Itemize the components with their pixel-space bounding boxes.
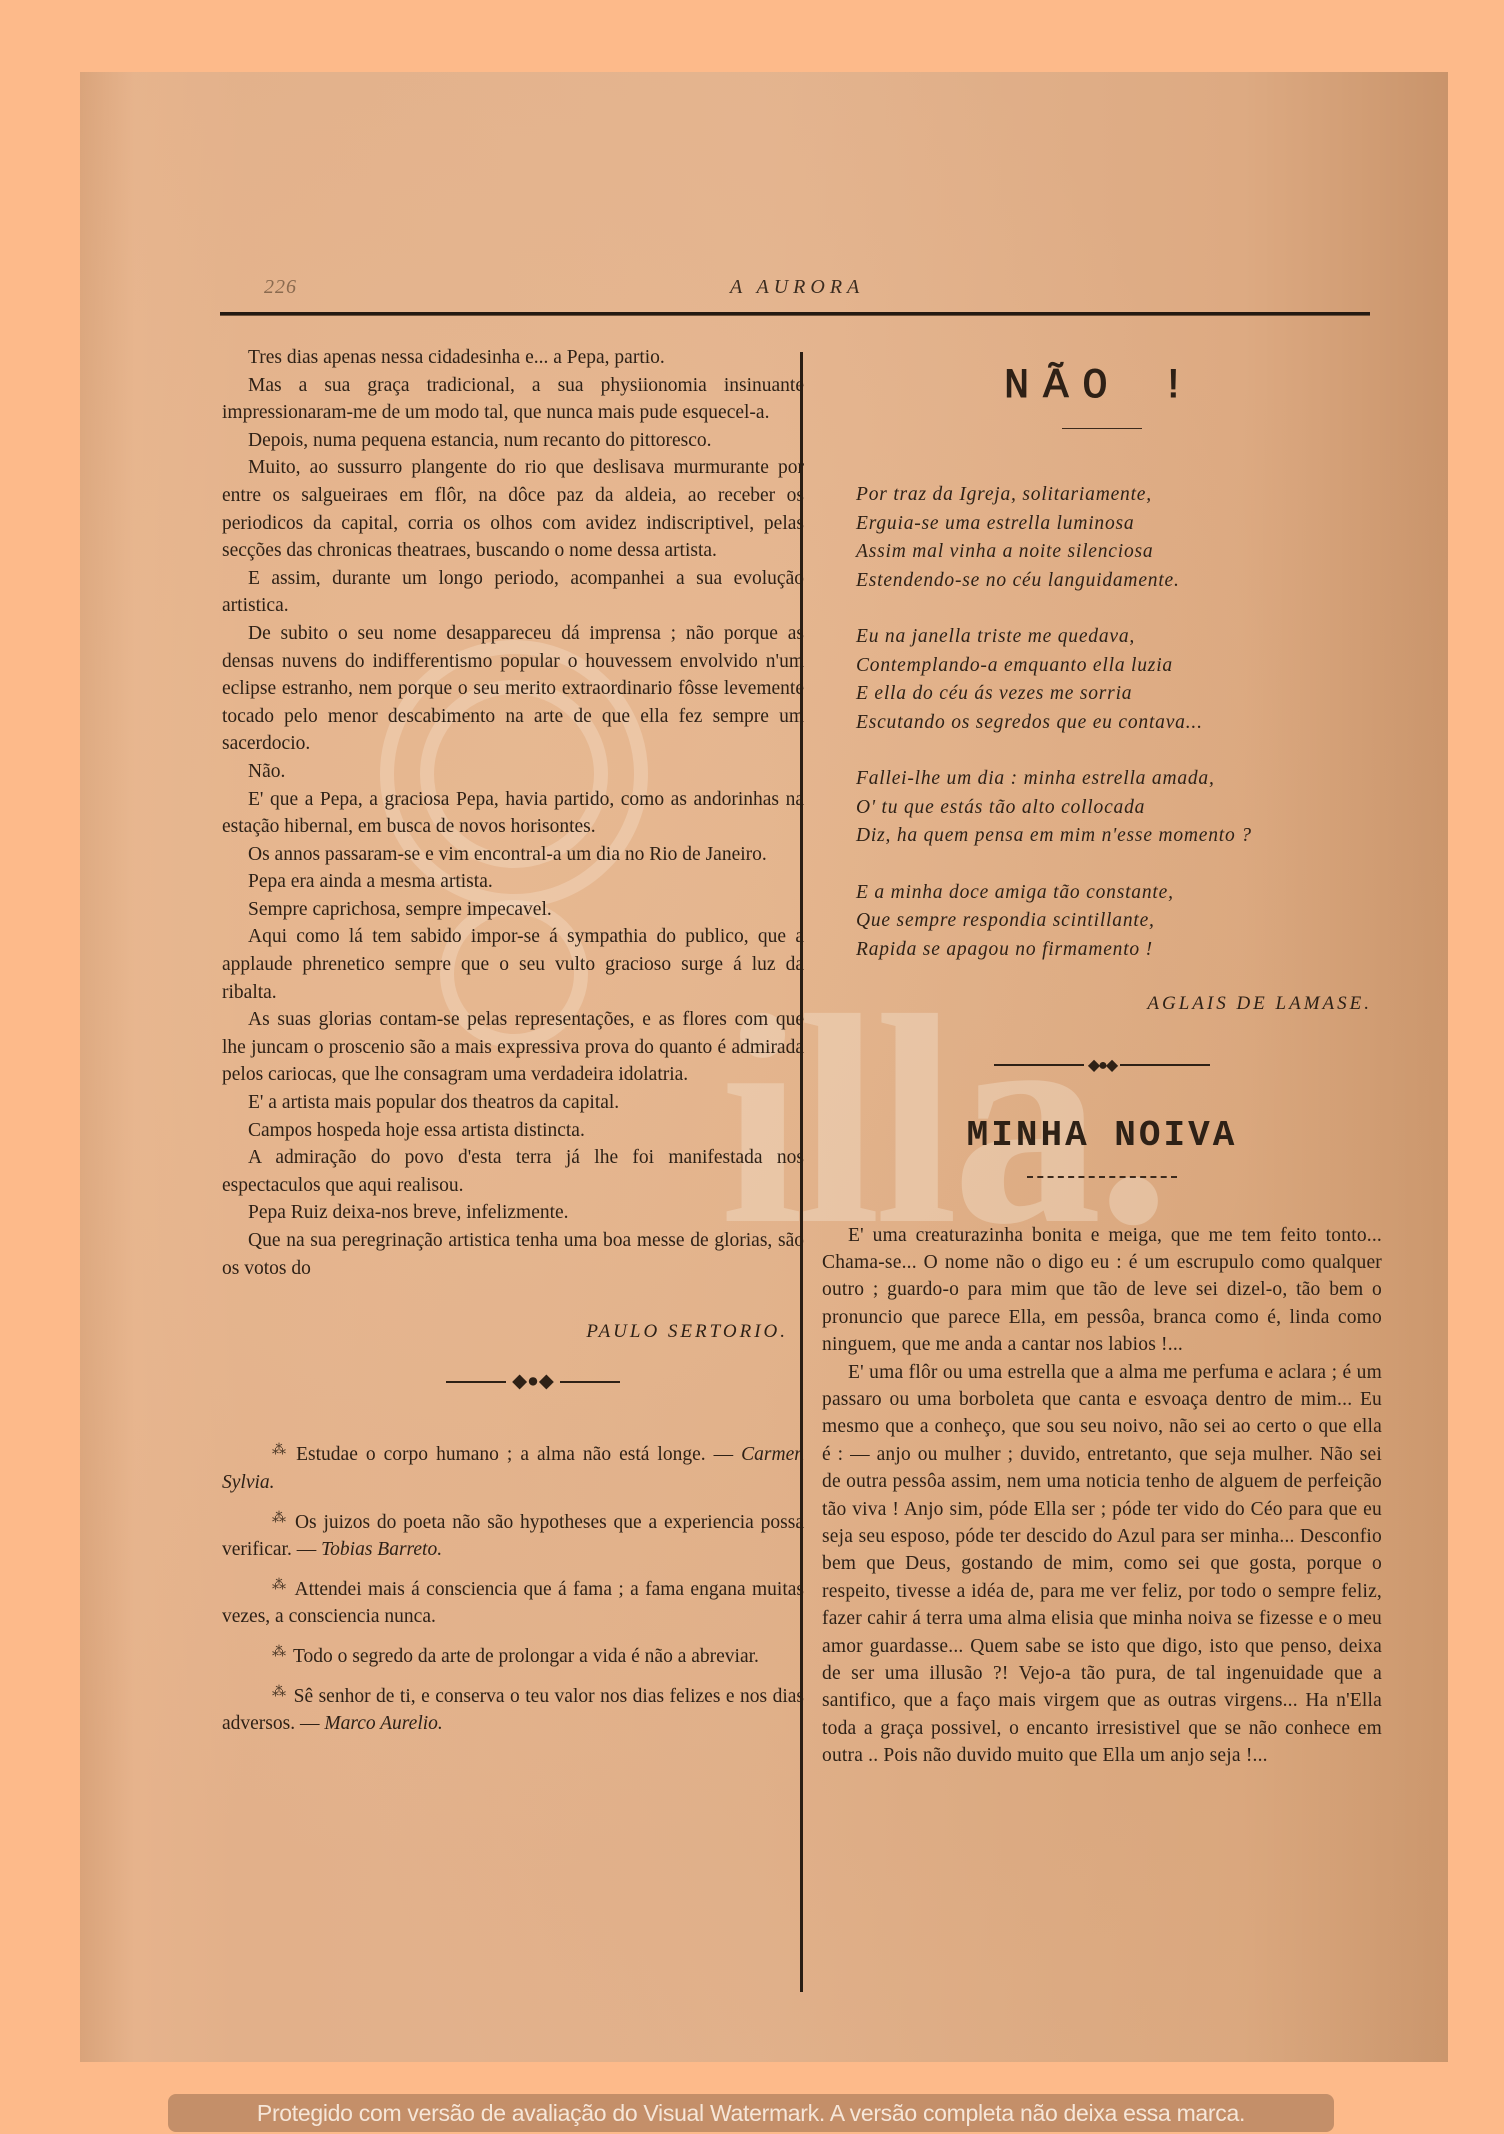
paragraph: E' a artista mais popular dos theatros d… xyxy=(222,1089,804,1117)
verse: Diz, ha quem pensa em mim n'esse momento… xyxy=(856,822,1382,851)
quote-text: Sê senhor de ti, e conserva o teu valor … xyxy=(222,1686,804,1735)
paragraph: Aqui como lá tem sabido impor-se á sympa… xyxy=(222,923,804,1006)
quote-author: Tobias Barreto. xyxy=(321,1539,442,1560)
paragraph: Muito, ao sussurro plangente do rio que … xyxy=(222,454,804,564)
paragraph: Pepa Ruiz deixa-nos breve, infelizmente. xyxy=(222,1199,804,1227)
verse: Erguia-se uma estrella luminosa xyxy=(856,510,1382,539)
quote-author: Marco Aurelio. xyxy=(324,1713,442,1734)
left-column: Tres dias apenas nessa cidadesinha e... … xyxy=(222,344,804,1746)
paragraph: Sempre caprichosa, sempre impecavel. xyxy=(222,896,804,924)
quote-text: Estudae o corpo humano ; a alma não está… xyxy=(296,1444,741,1465)
asterism-icon: ⁂ xyxy=(272,1645,285,1660)
paragraph: As suas glorias contam-se pelas represen… xyxy=(222,1006,804,1089)
article-title: MINHA NOIVA xyxy=(822,1115,1382,1156)
title-rule xyxy=(1062,428,1142,429)
verse: Contemplando-a emquanto ella luzia xyxy=(856,652,1382,681)
quote-item: ⁂Estudae o corpo humano ; a alma não est… xyxy=(222,1437,804,1496)
article-signature: PAULO SERTORIO. xyxy=(222,1318,804,1346)
quote-item: ⁂Sê senhor de ti, e conserva o teu valor… xyxy=(222,1679,804,1738)
ornament-separator: ◆●◆ xyxy=(822,1055,1382,1075)
title-rule xyxy=(1027,1176,1177,1178)
ornament-separator: ◆●◆ xyxy=(222,1368,804,1396)
paragraph: De subito o seu nome desappareceu dá imp… xyxy=(222,620,804,758)
quote-item: ⁂Os juizos do poeta não são hypotheses q… xyxy=(222,1505,804,1564)
paragraph: E' uma creaturazinha bonita e meiga, que… xyxy=(822,1222,1382,1359)
column-divider xyxy=(800,352,803,1992)
verse: Por traz da Igreja, solitariamente, xyxy=(856,481,1382,510)
verse: O' tu que estás tão alto collocada xyxy=(856,794,1382,823)
asterism-icon: ⁂ xyxy=(272,1685,286,1700)
page-number: 226 xyxy=(264,276,297,299)
separator-line xyxy=(560,1381,620,1383)
running-title: A AURORA xyxy=(730,276,864,299)
paragraph: Não. xyxy=(222,758,804,786)
right-column: NÃO ! Por traz da Igreja, solitariamente… xyxy=(822,344,1382,1770)
separator-line xyxy=(994,1064,1084,1066)
verse: E a minha doce amiga tão constante, xyxy=(856,879,1382,908)
header-rule xyxy=(220,312,1370,316)
evaluation-watermark-banner: Protegido com versão de avaliação do Vis… xyxy=(168,2094,1334,2132)
paragraph: Depois, numa pequena estancia, num recan… xyxy=(222,427,804,455)
verse: Que sempre respondia scintillante, xyxy=(856,907,1382,936)
poem: Por traz da Igreja, solitariamente, Ergu… xyxy=(822,481,1382,1019)
paragraph: Os annos passaram-se e vim encontral-a u… xyxy=(222,841,804,869)
page-header: 226 A AURORA xyxy=(220,270,1370,320)
verse: Escutando os segredos que eu contava... xyxy=(856,709,1382,738)
stanza: Eu na janella triste me quedava, Contemp… xyxy=(856,623,1382,737)
separator-line xyxy=(446,1381,506,1383)
paragraph: Pepa era ainda a mesma artista. xyxy=(222,868,804,896)
quote-item: ⁂Todo o segredo da arte de prolongar a v… xyxy=(222,1639,804,1671)
poem-title: NÃO ! xyxy=(822,362,1382,410)
asterism-icon: ⁂ xyxy=(272,1578,286,1593)
quote-item: ⁂Attendei mais á consciencia que á fama … xyxy=(222,1572,804,1631)
quote-text: Todo o segredo da arte de prolongar a vi… xyxy=(293,1646,759,1667)
paragraph: E' uma flôr ou uma estrella que a alma m… xyxy=(822,1359,1382,1770)
asterism-icon: ⁂ xyxy=(272,1443,288,1458)
verse: Fallei-lhe um dia : minha estrella amada… xyxy=(856,765,1382,794)
paragraph: Mas a sua graça tradicional, a sua physi… xyxy=(222,372,804,427)
verse: Eu na janella triste me quedava, xyxy=(856,623,1382,652)
poem-author: AGLAIS DE LAMASE. xyxy=(856,990,1382,1019)
verse: Rapida se apagou no firmamento ! xyxy=(856,936,1382,965)
verse: Assim mal vinha a noite silenciosa xyxy=(856,538,1382,567)
verse: E ella do céu ás vezes me sorria xyxy=(856,680,1382,709)
stanza: Por traz da Igreja, solitariamente, Ergu… xyxy=(856,481,1382,595)
separator-line xyxy=(1120,1064,1210,1066)
paragraph: Campos hospeda hoje essa artista distinc… xyxy=(222,1117,804,1145)
paragraph: Tres dias apenas nessa cidadesinha e... … xyxy=(222,344,804,372)
ornament-icon: ◆●◆ xyxy=(512,1368,554,1396)
paragraph: E assim, durante um longo periodo, acomp… xyxy=(222,565,804,620)
article-body: E' uma creaturazinha bonita e meiga, que… xyxy=(822,1222,1382,1770)
paragraph: E' que a Pepa, a graciosa Pepa, havia pa… xyxy=(222,786,804,841)
quote-text: Attendei mais á consciencia que á fama ;… xyxy=(222,1579,804,1628)
paragraph: A admiração do povo d'esta terra já lhe … xyxy=(222,1144,804,1199)
stanza: E a minha doce amiga tão constante, Que … xyxy=(856,879,1382,965)
stanza: Fallei-lhe um dia : minha estrella amada… xyxy=(856,765,1382,851)
paragraph: Que na sua peregrinação artistica tenha … xyxy=(222,1227,804,1282)
asterism-icon: ⁂ xyxy=(272,1511,287,1526)
ornament-icon: ◆●◆ xyxy=(1088,1055,1116,1075)
quote-text: Os juizos do poeta não são hypotheses qu… xyxy=(222,1512,804,1561)
verse: Estendendo-se no céu languidamente. xyxy=(856,567,1382,596)
